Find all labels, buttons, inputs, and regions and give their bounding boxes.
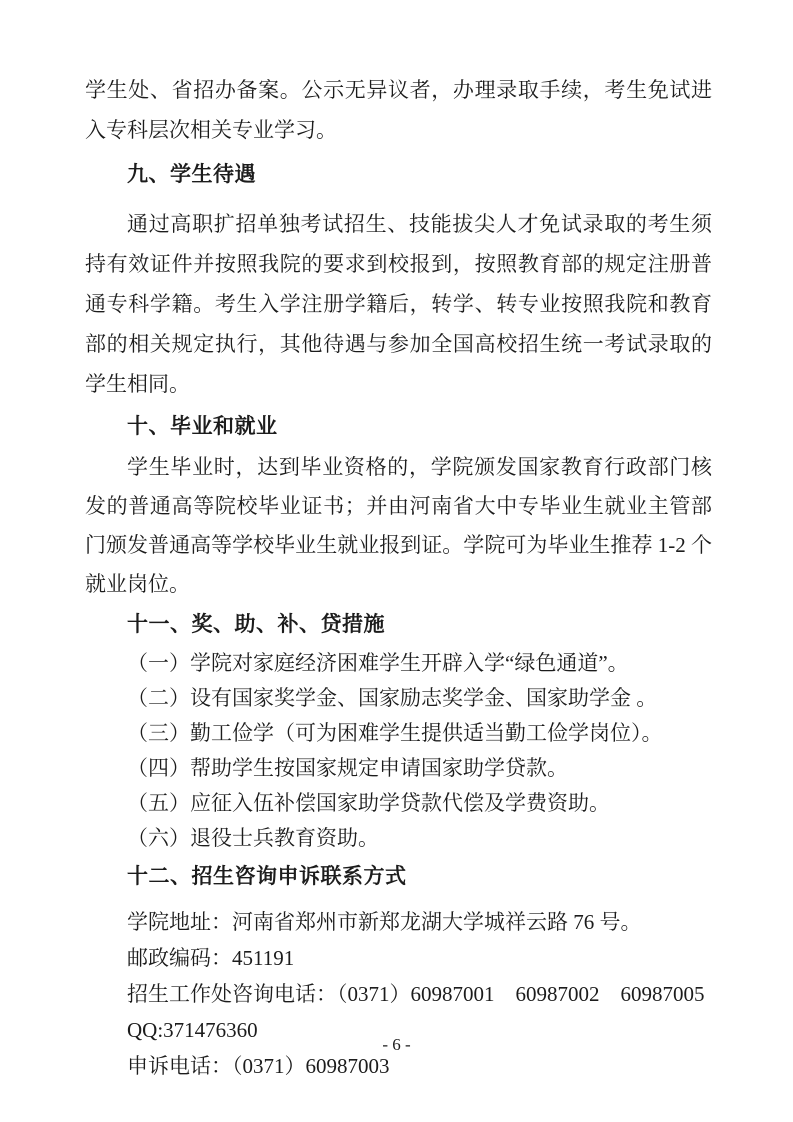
- section-9-paragraph: 通过高职扩招单独考试招生、技能拔尖人才免试录取的考生须持有效证件并按照我院的要求…: [85, 204, 712, 404]
- aid-measures-list: （一）学院对家庭经济困难学生开辟入学“绿色通道”。 （二）设有国家奖学金、国家励…: [85, 646, 712, 856]
- leading-paragraph: 学生处、省招办备案。公示无异议者，办理录取手续，考生免试进入专科层次相关专业学习…: [85, 70, 712, 150]
- list-item-3: （三）勤工俭学（可为困难学生提供适当勤工俭学岗位）。: [85, 716, 712, 751]
- section-10-paragraph: 学生毕业时，达到毕业资格的，学院颁发国家教育行政部门核发的普通高等院校毕业证书；…: [85, 448, 712, 604]
- contact-address-line: 学院地址：河南省郑州市新郑龙湖大学城祥云路 76 号。: [85, 904, 712, 940]
- list-item-2: （二）设有国家奖学金、国家励志奖学金、国家助学金 。: [85, 681, 712, 716]
- page-number: - 6 -: [0, 1033, 793, 1057]
- section-heading-10: 十、毕业和就业: [85, 406, 712, 448]
- list-item-6: （六）退役士兵教育资助。: [85, 821, 712, 856]
- list-item-5: （五）应征入伍补偿国家助学贷款代偿及学费资助。: [85, 786, 712, 821]
- contact-postcode-line: 邮政编码：451191: [85, 940, 712, 976]
- section-heading-11: 十一、奖、助、补、贷措施: [85, 604, 712, 646]
- contact-info-block: 学院地址：河南省郑州市新郑龙湖大学城祥云路 76 号。 邮政编码：451191 …: [85, 904, 712, 1084]
- document-page: 学生处、省招办备案。公示无异议者，办理录取手续，考生免试进入专科层次相关专业学习…: [0, 0, 793, 1122]
- contact-phone-line: 招生工作处咨询电话：（0371）60987001 60987002 609870…: [85, 976, 712, 1012]
- section-heading-9: 九、学生待遇: [85, 154, 712, 196]
- list-item-4: （四）帮助学生按国家规定申请国家助学贷款。: [85, 751, 712, 786]
- section-heading-12: 十二、招生咨询申诉联系方式: [85, 856, 712, 898]
- list-item-1: （一）学院对家庭经济困难学生开辟入学“绿色通道”。: [85, 646, 712, 681]
